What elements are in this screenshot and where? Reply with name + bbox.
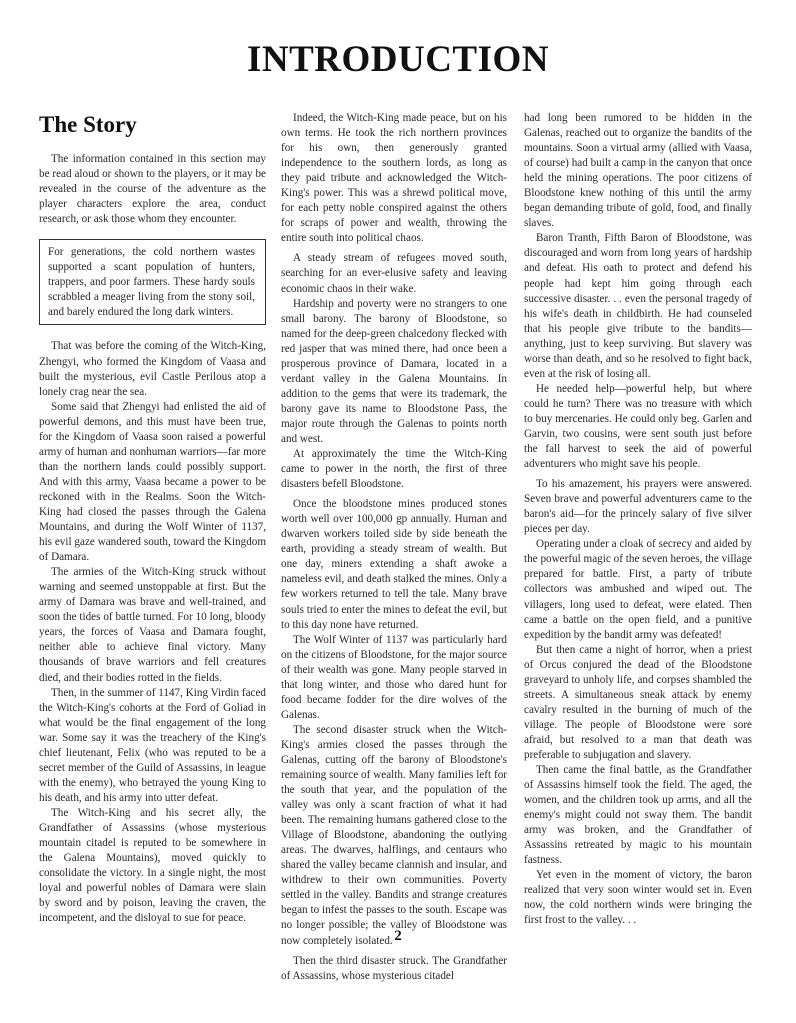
paragraph: Yet even in the moment of victory, the b… — [524, 868, 752, 928]
page-title: INTRODUCTION — [0, 38, 796, 81]
paragraph: Some said that Zhengyi had enlisted the … — [39, 400, 266, 566]
paragraph: Operating under a cloak of secrecy and a… — [524, 537, 752, 642]
paragraph: Then came the final battle, as the Grand… — [524, 763, 752, 868]
intro-paragraph: The information contained in this sectio… — [39, 152, 266, 227]
paragraph: The armies of the Witch-King struck with… — [39, 565, 266, 685]
read-aloud-box: For generations, the cold northern waste… — [39, 239, 266, 325]
paragraph: Then, in the summer of 1147, King Virdin… — [39, 686, 266, 806]
column-1: The Story The information contained in t… — [39, 108, 266, 926]
column-2: Indeed, the Witch-King made peace, but o… — [281, 111, 507, 984]
paragraph: Once the bloodstone mines produced stone… — [281, 497, 507, 632]
paragraph: He needed help—powerful help, but where … — [524, 382, 752, 472]
paragraph: But then came a night of horror, when a … — [524, 643, 752, 763]
paragraph: The second disaster struck when the Witc… — [281, 723, 507, 949]
paragraph: A steady stream of refugees moved south,… — [281, 251, 507, 296]
paragraph: At approximately the time the Witch-King… — [281, 447, 507, 492]
paragraph: Indeed, the Witch-King made peace, but o… — [281, 111, 507, 246]
page-number: 2 — [0, 928, 796, 945]
section-title: The Story — [39, 112, 266, 138]
paragraph: That was before the coming of the Witch-… — [39, 339, 266, 399]
paragraph: Then the third disaster struck. The Gran… — [281, 954, 507, 984]
paragraph: The Witch-King and his secret ally, the … — [39, 806, 266, 926]
paragraph: Hardship and poverty were no strangers t… — [281, 297, 507, 447]
boxed-text: For generations, the cold northern waste… — [48, 245, 255, 320]
paragraph: The Wolf Winter of 1137 was particularly… — [281, 633, 507, 723]
paragraph: Baron Tranth, Fifth Baron of Bloodstone,… — [524, 231, 752, 381]
paragraph: had long been rumored to be hidden in th… — [524, 111, 752, 231]
paragraph: To his amazement, his prayers were answe… — [524, 477, 752, 537]
column-3: had long been rumored to be hidden in th… — [524, 111, 752, 929]
